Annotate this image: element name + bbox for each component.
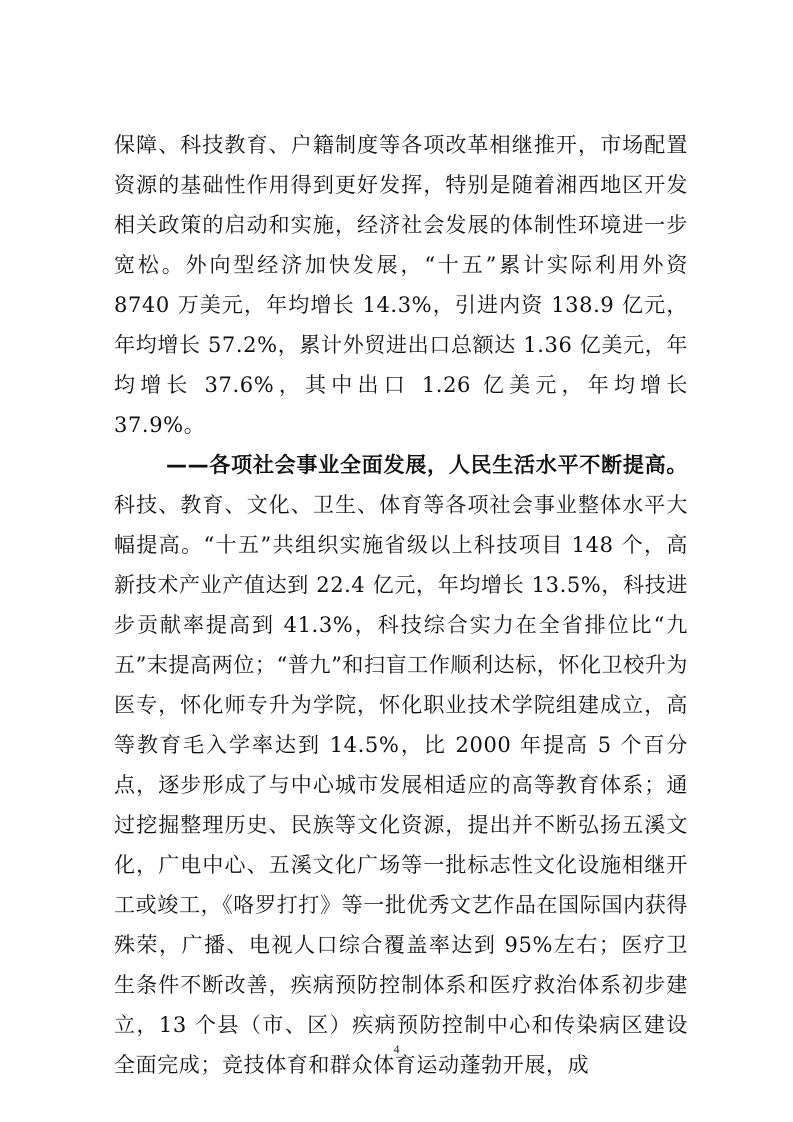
page-number: 4 [0, 1042, 793, 1057]
paragraph-text: 科技、教育、文化、卫生、体育等各项社会事业整体水平大幅提高。“十五”共组织实施省… [114, 493, 688, 1077]
paragraph-text: 保障、科技教育、户籍制度等各项改革相继推开，市场配置资源的基础性作用得到更好发挥… [114, 133, 688, 437]
paragraph-social-development: ——各项社会事业全面发展，人民生活水平不断提高。科技、教育、文化、卫生、体育等各… [114, 445, 688, 1085]
paragraph-reform-and-foreign-economy: 保障、科技教育、户籍制度等各项改革相继推开，市场配置资源的基础性作用得到更好发挥… [114, 125, 688, 445]
document-page: 保障、科技教育、户籍制度等各项改革相继推开，市场配置资源的基础性作用得到更好发挥… [0, 0, 793, 1122]
section-heading: ——各项社会事业全面发展，人民生活水平不断提高。 [166, 453, 688, 477]
body-text: 保障、科技教育、户籍制度等各项改革相继推开，市场配置资源的基础性作用得到更好发挥… [114, 125, 688, 1085]
